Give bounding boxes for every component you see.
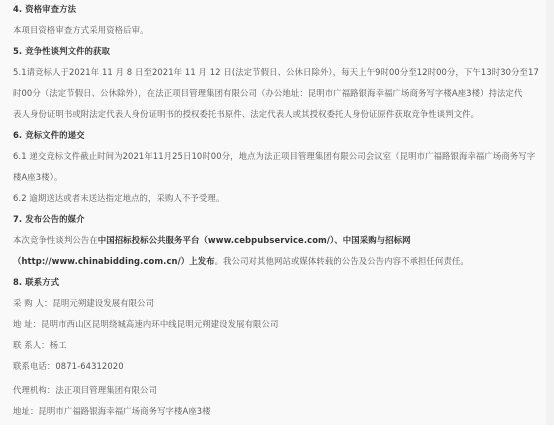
section-7-line-2: （http://www.chinabidding.com.cn/）上发布。我公司… (13, 255, 469, 267)
section-7-line-1: 本次竞争性谈判公告在中国招标投标公共服务平台（www.cebpubservice… (13, 234, 411, 246)
section-5-line-2: 时00分（法定节假日、公休除外），在法正项目管理集团有限公司（办公地址：昆明市广… (13, 87, 522, 99)
section-4-heading: 4. 资格审查方法 (13, 3, 76, 15)
media-platforms: 中国招标投标公共服务平台（www.cebpubservice.com/）、中国采… (98, 235, 411, 245)
scrollbar-track[interactable] (546, 0, 554, 425)
section-7-prefix: 本次竞争性谈判公告在 (13, 235, 98, 245)
agency-name: 代理机构：法正项目管理集团有限公司 (13, 384, 157, 396)
section-7-disclaimer: 。我公司对其他网站或媒体转载的公告及公告内容不承担任何责任。 (215, 256, 469, 266)
purchaser-address: 地 址：昆明市西山区昆明绕城高速内环中线昆明元朔建设发展有限公司 (13, 318, 279, 330)
section-6-line-2: 楼A座3楼）。 (13, 171, 62, 183)
section-6-heading: 6. 竞标文件的递交 (13, 129, 85, 141)
contact-phone: 联系电话：0871-64312020 (13, 360, 124, 372)
media-chinabidding: （http://www.chinabidding.com.cn/）上发布 (13, 256, 215, 266)
notice-content-card: 4. 资格审查方法 本项目资格审查方式采用资格后审。 5. 竞争性谈判文件的获取… (0, 0, 546, 425)
purchaser: 采 购 人：昆明元朔建设发展有限公司 (13, 297, 154, 309)
section-5-line-3: 表人身份证明书或附法定代表人身份证明书的授权委托书原件、法定代表人或其授权委托人… (13, 108, 479, 120)
section-5-heading: 5. 竞争性谈判文件的获取 (13, 45, 110, 57)
contact-person: 联 系人：杨工 (13, 339, 67, 351)
section-6-line-3: 6.2 逾期送达或者未送达指定地点的，采购人不予受理。 (13, 192, 224, 204)
section-7-heading: 7. 发布公告的媒介 (13, 213, 85, 225)
agency-address: 地址：昆明市广福路银海幸福广场商务写字楼A座3楼 (13, 405, 211, 417)
section-4-body: 本项目资格审查方式采用资格后审。 (13, 24, 149, 36)
section-5-line-1: 5.1请竞标人于2021年 11 月 8 日至2021年 11 月 12 日(法… (13, 66, 539, 78)
section-6-line-1: 6.1 递交竞标文件截止时间为2021年11月25日10时00分，地点为法正项目… (13, 150, 535, 162)
section-8-heading: 8. 联系方式 (13, 276, 59, 288)
